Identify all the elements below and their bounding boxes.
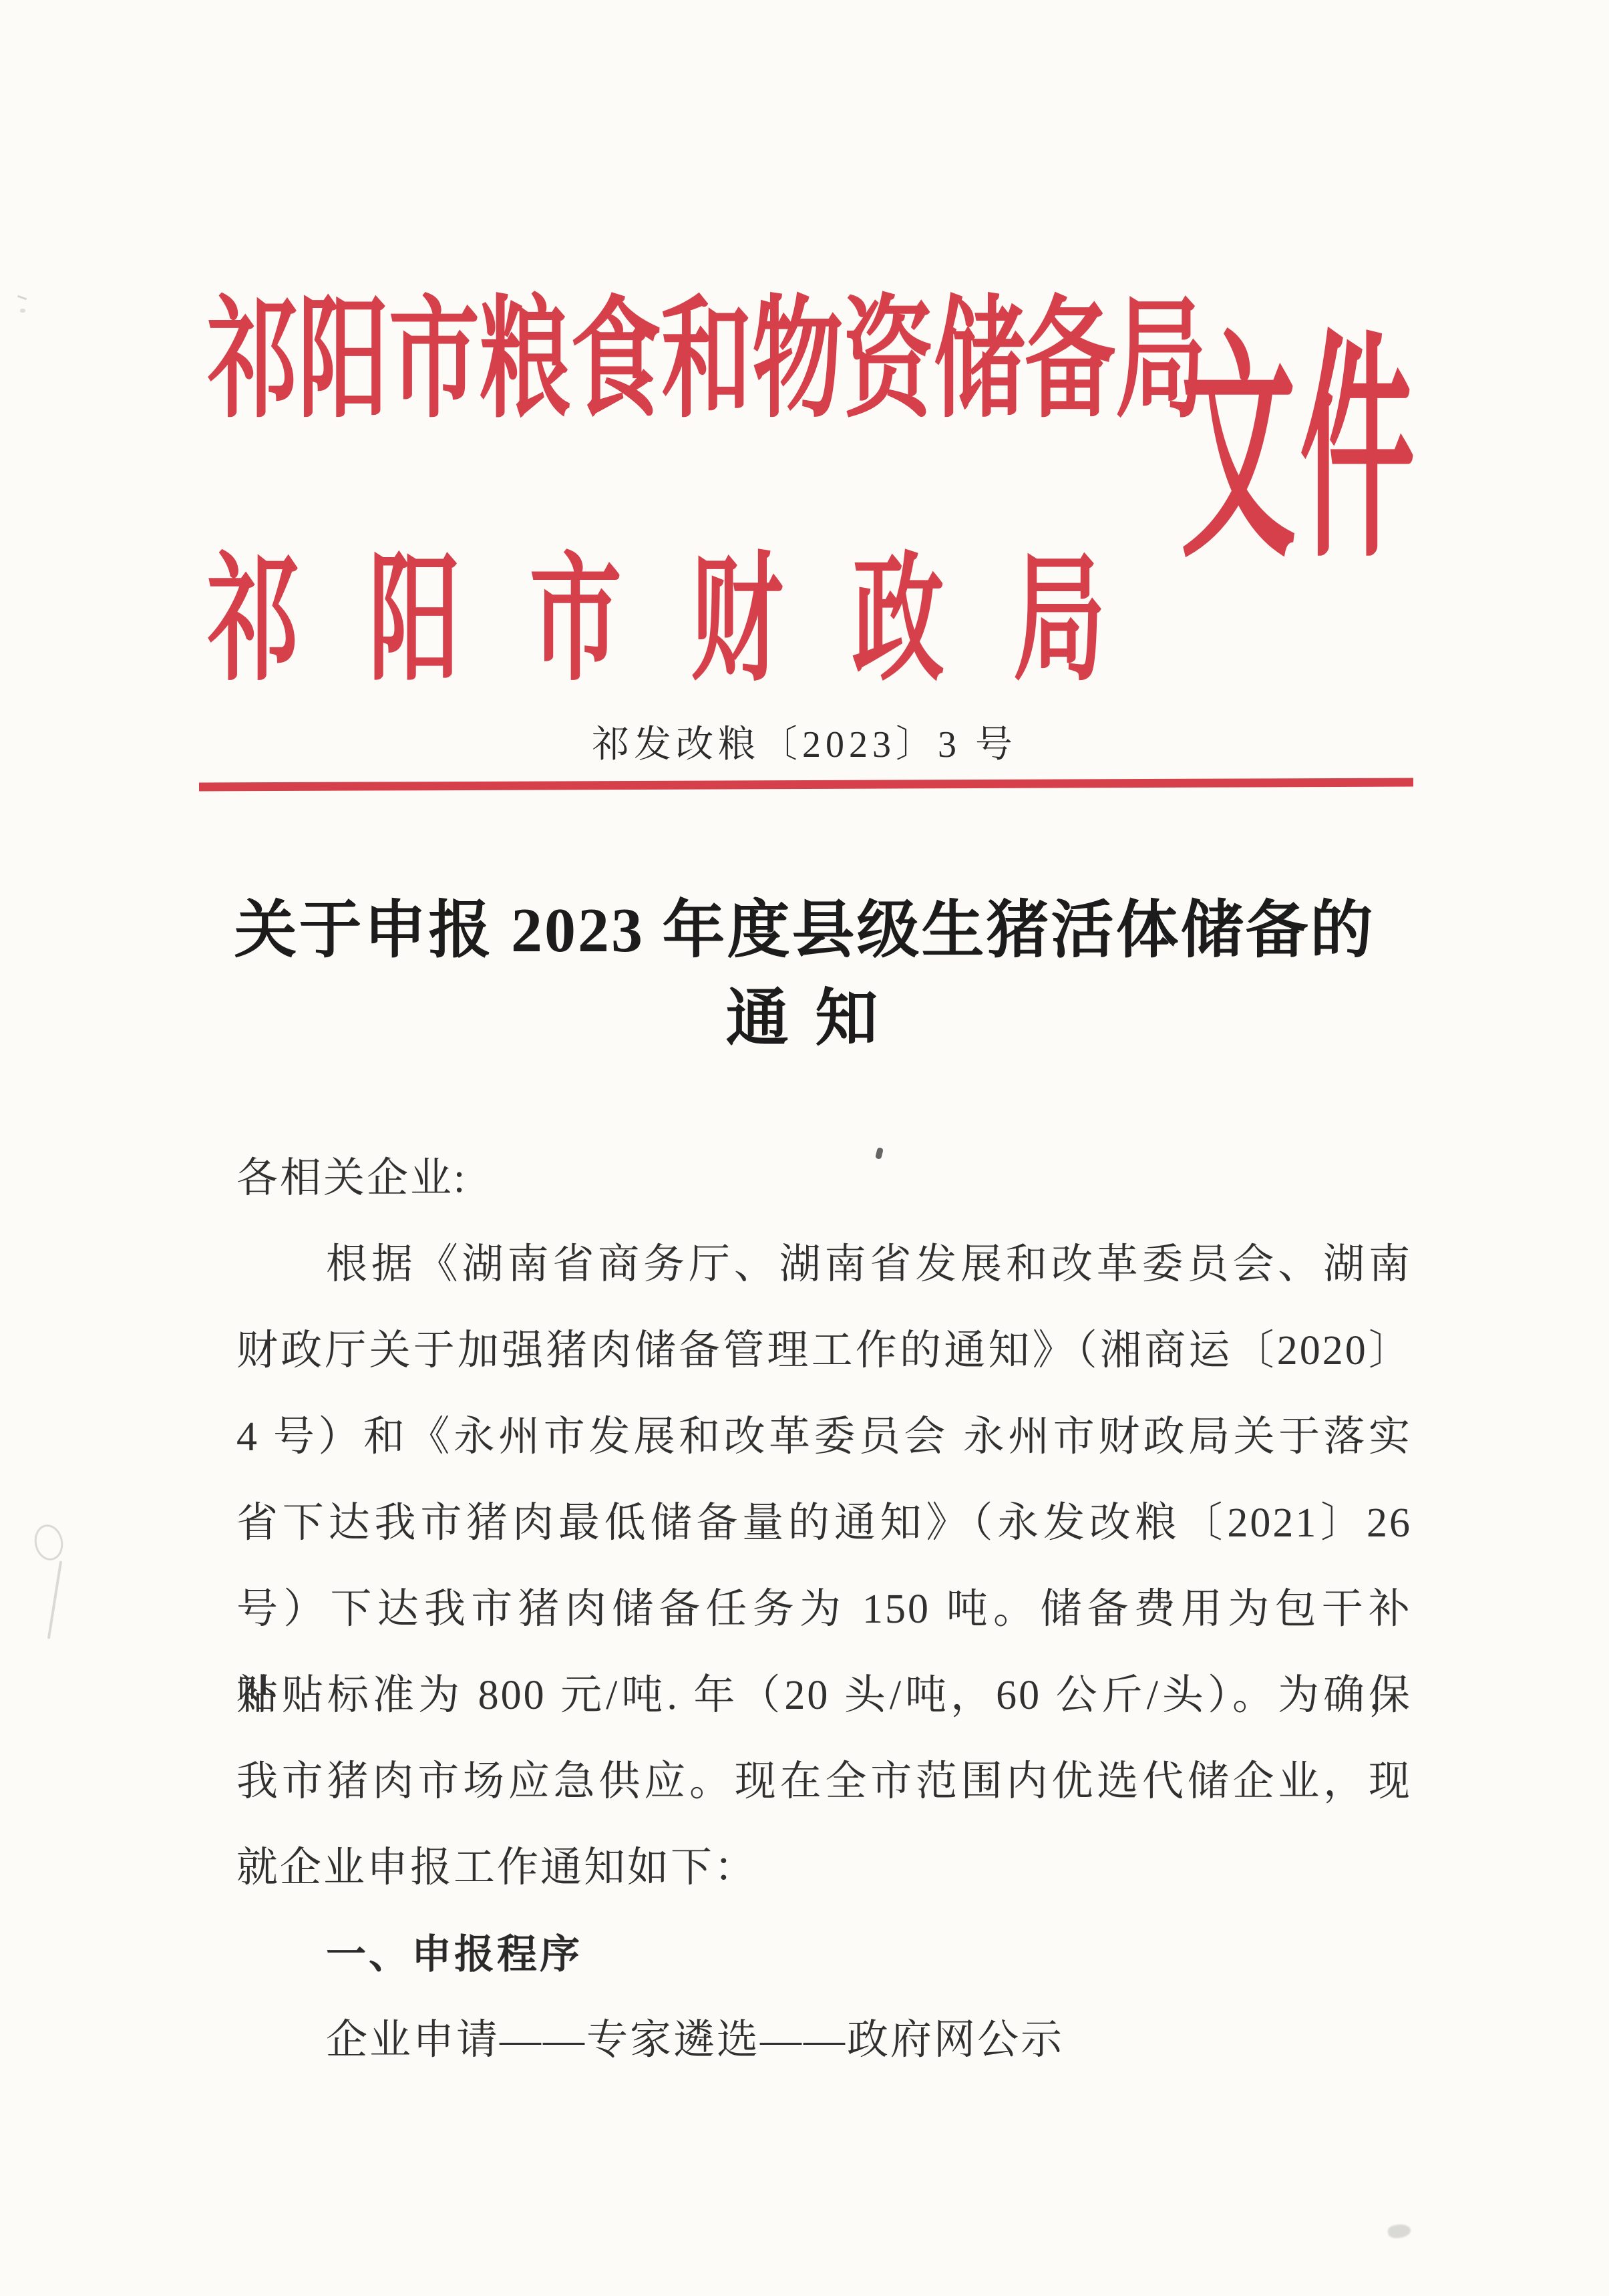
salutation: 各相关企业: xyxy=(236,1136,1412,1222)
scan-artifact-tick xyxy=(17,295,27,301)
section-heading: 一、申报程序 xyxy=(236,1911,1412,1997)
paragraph-line: 省下达我市猪肉最低储备量的通知》（永发改粮〔2021〕26 xyxy=(236,1480,1412,1567)
document-title-line2: 通 知 xyxy=(0,967,1609,1057)
paragraph-line: 4 号）和《永州市发展和改革委员会 永州市财政局关于落实 xyxy=(236,1394,1412,1480)
paragraph-line: 根据《湖南省商务厅、湖南省发展和改革委员会、湖南 xyxy=(236,1222,1412,1308)
document-title-line1: 关于申报 2023 年度县级生猪活体储备的 xyxy=(0,879,1609,969)
scan-artifact-smudge xyxy=(1387,2223,1412,2240)
red-separator-rule xyxy=(199,778,1413,792)
scan-artifact-tick xyxy=(20,309,25,313)
document-page: 祁阳市粮食和物资储备局 祁阳市财政局 文件 祁发改粮〔2023〕3 号 关于申报… xyxy=(0,0,1609,2296)
scan-artifact-stroke xyxy=(47,1561,62,1639)
scan-artifact-circle xyxy=(31,1522,66,1563)
paragraph-line: 就企业申报工作通知如下： xyxy=(236,1825,1412,1911)
document-body: 各相关企业: 根据《湖南省商务厅、湖南省发展和改革委员会、湖南 财政厅关于加强猪… xyxy=(236,1136,1412,2084)
paragraph-line: 财政厅关于加强猪肉储备管理工作的通知》（湘商运〔2020〕 xyxy=(236,1308,1412,1394)
paragraph-line: 我市猪肉市场应急供应。现在全市范围内优选代储企业，现 xyxy=(236,1739,1412,1825)
procedure-line: 企业申请——专家遴选——政府网公示 xyxy=(236,1997,1412,2084)
document-number: 祁发改粮〔2023〕3 号 xyxy=(0,715,1609,768)
header-agency-line2: 祁阳市财政局 xyxy=(207,552,1105,690)
header-doc-type-label: 文件 xyxy=(1181,333,1415,574)
paragraph-line: 号）下达我市猪肉储备任务为 150 吨。储备费用为包干补贴， xyxy=(236,1567,1412,1653)
header-agency-line1: 祁阳市粮食和物资储备局 xyxy=(207,295,1105,427)
paragraph-line: 补贴标准为 800 元/吨. 年（20 头/吨，60 公斤/头）。为确保 xyxy=(236,1653,1412,1739)
